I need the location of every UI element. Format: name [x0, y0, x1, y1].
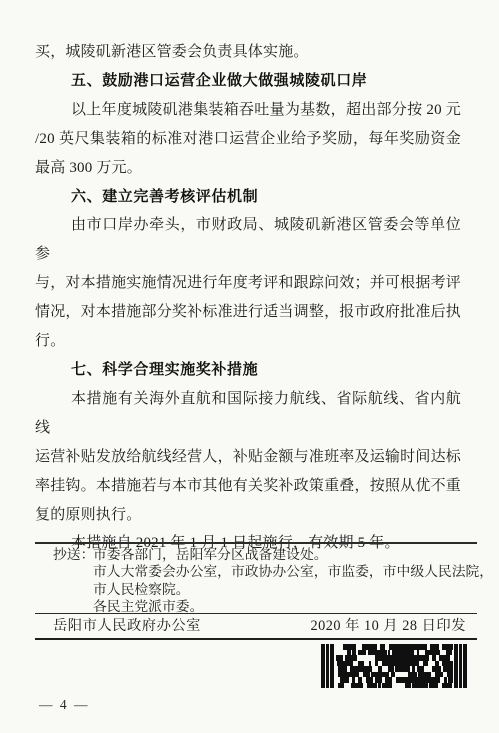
document-page: 买，城陵矶新港区管委会负责具体实施。 五、鼓励港口运营企业做大做强城陵矶口岸 以…: [0, 0, 499, 733]
body-line: 率挂钩。本措施若与本市其他有关奖补政策重叠，按照从优不重: [35, 472, 461, 501]
body-line: 与，对本措施实施情况进行年度考评和跟踪问效；并可根据考评: [35, 269, 461, 298]
copy-to-lines: 市委各部门，岳阳军分区战备建设处。 市人大常委会办公室，市政协办公室，市监委，市…: [93, 546, 497, 616]
copy-to-line: 市委各部门，岳阳军分区战备建设处。: [93, 546, 497, 563]
body-line: 运营补贴发放给航线经营人，补贴金额与准班率及运输时间达标: [35, 443, 461, 472]
issuer-row: 岳阳市人民政府办公室 2020 年 10 月 28 日印发: [53, 617, 466, 635]
copy-to-line: 市人大常委会办公室，市政协办公室，市监委，市中级人民法院，: [93, 563, 497, 580]
copy-to-block: 抄送： 市委各部门，岳阳军分区战备建设处。 市人大常委会办公室，市政协办公室，市…: [35, 546, 497, 616]
body-line: 由市口岸办牵头，市财政局、城陵矶新港区管委会等单位参: [35, 211, 461, 269]
print-date: 2020 年 10 月 28 日印发: [310, 617, 466, 635]
copy-to-label: 抄送：: [53, 546, 94, 563]
body-line: 复的原则执行。: [35, 501, 461, 530]
body-line: 本措施有关海外直航和国际接力航线、省际航线、省内航线: [35, 385, 461, 443]
body-line: 以上年度城陵矶港集装箱吞吐量为基数，超出部分按 20 元: [35, 96, 461, 125]
pdf417-barcode: [321, 644, 467, 688]
barcode-start-pattern: [321, 644, 334, 688]
document-body: 买，城陵矶新港区管委会负责具体实施。 五、鼓励港口运营企业做大做强城陵矶口岸 以…: [35, 38, 461, 558]
body-line: 行。: [35, 327, 461, 356]
body-line: /20 英尺集装箱的标准对港口运营企业给予奖励，每年奖励资金: [35, 125, 461, 154]
copy-to-line: 市人民检察院。: [93, 581, 497, 598]
section-heading-7: 七、科学合理实施奖补措施: [35, 356, 461, 385]
barcode-data-region: [335, 644, 453, 688]
section-heading-6: 六、建立完善考核评估机制: [35, 183, 461, 212]
page-number: — 4 —: [39, 697, 90, 713]
body-line: 买，城陵矶新港区管委会负责具体实施。: [35, 38, 461, 67]
section-heading-5: 五、鼓励港口运营企业做大做强城陵矶口岸: [35, 67, 461, 96]
footer-divider-middle: [35, 613, 477, 614]
issuing-office: 岳阳市人民政府办公室: [53, 617, 201, 635]
body-line: 最高 300 万元。: [35, 154, 461, 183]
footer-divider-top: [35, 542, 477, 544]
body-line: 情况，对本措施部分奖补标准进行适当调整，报市政府批准后执: [35, 298, 461, 327]
barcode-stop-pattern: [454, 644, 467, 688]
footer-divider-bottom: [35, 638, 477, 640]
